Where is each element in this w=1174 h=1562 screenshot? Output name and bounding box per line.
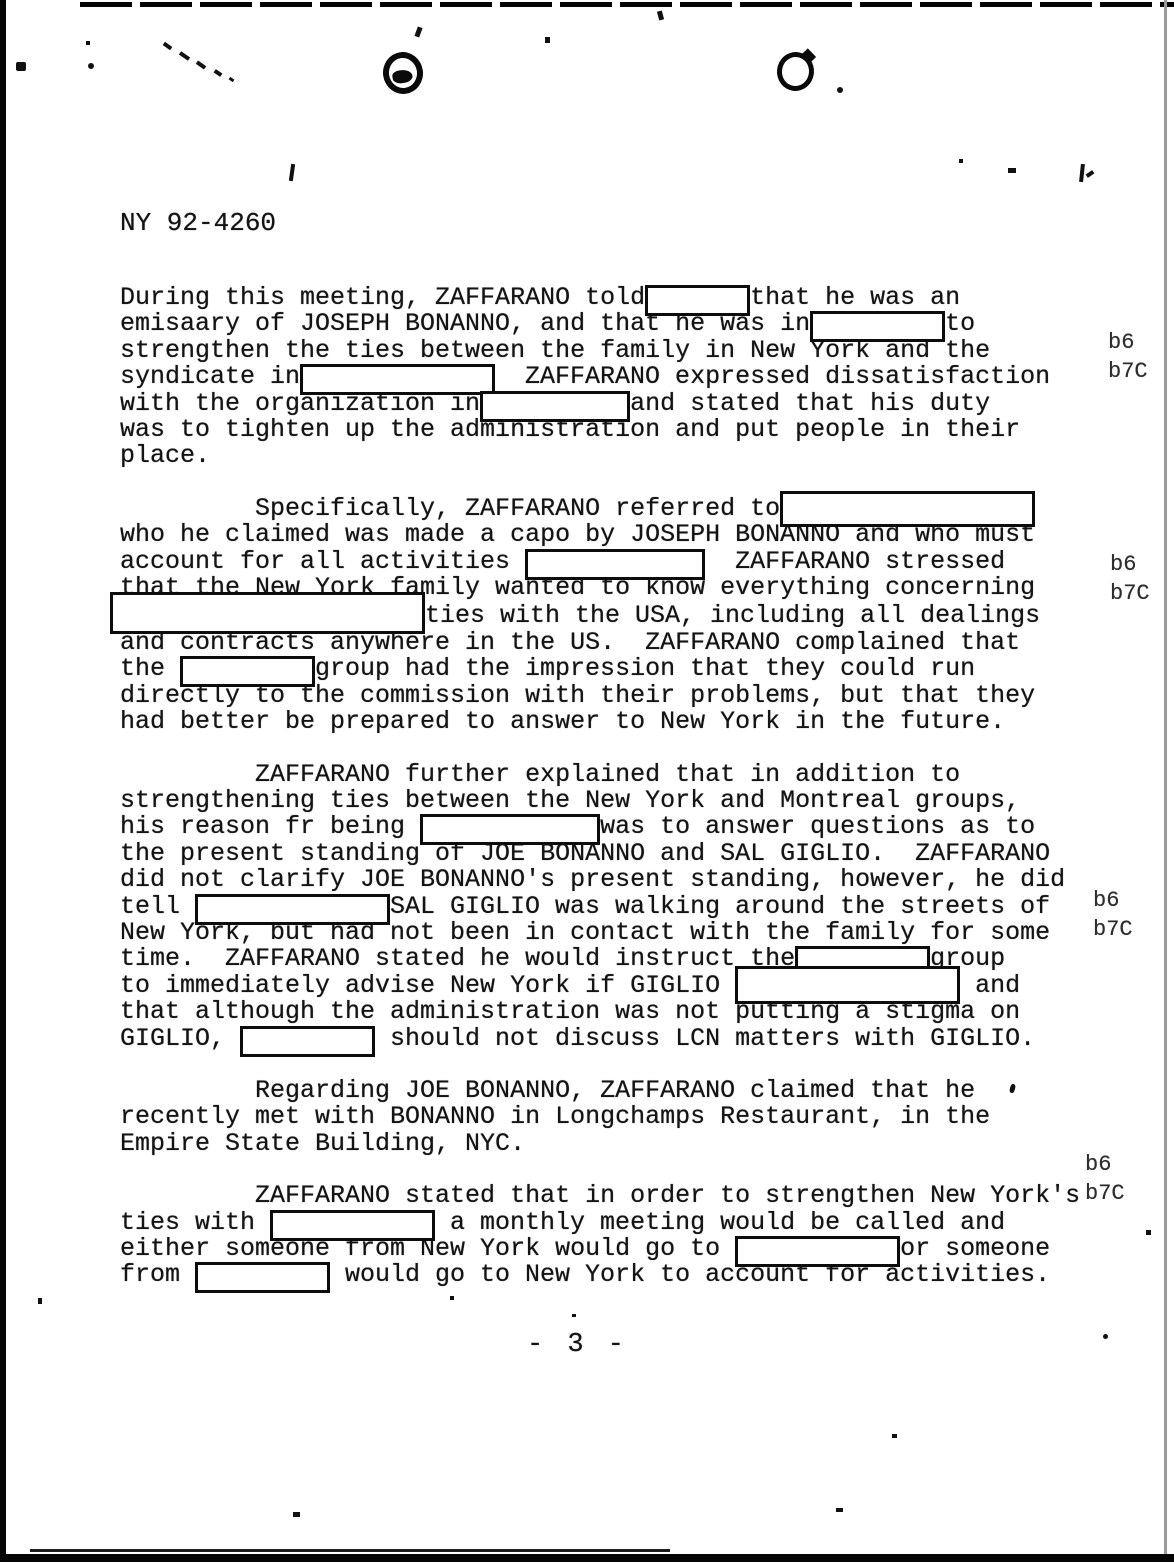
redaction-box: [110, 592, 425, 634]
text-run: SAL GIGLIO was walking around the street…: [390, 892, 1050, 921]
text-run: or someone: [900, 1234, 1050, 1263]
scan-speck: [88, 63, 94, 69]
redaction-box: [300, 364, 495, 395]
exemption-codes: b6 b7C: [1110, 550, 1150, 608]
redaction-box: [735, 966, 960, 1004]
text-line: with the organization inand stated that …: [120, 391, 1055, 417]
text-run: did not clarify JOE BONANNO's present st…: [120, 865, 1065, 894]
exemption-code-b6: b6: [1110, 550, 1150, 579]
text-run: had better be prepared to answer to New …: [120, 707, 1005, 736]
exemption-code-b6: b6: [1108, 328, 1148, 357]
redaction-box: [195, 1262, 330, 1293]
text-line: Regarding JOE BONANNO, ZAFFARANO claimed…: [120, 1078, 1055, 1104]
scan-speck: [86, 41, 90, 45]
text-line: tell SAL GIGLIO was walking around the s…: [120, 894, 1055, 920]
document-body: During this meeting, ZAFFARANO toldthat …: [120, 285, 1055, 1315]
text-line: emisaary of JOSEPH BONANNO, and that he …: [120, 311, 1055, 337]
text-line: had better be prepared to answer to New …: [120, 709, 1055, 735]
scan-speck: [572, 1314, 576, 1317]
text-run: and: [960, 971, 1020, 1000]
scan-speck: [214, 69, 223, 77]
text-line: Empire State Building, NYC.: [120, 1131, 1055, 1157]
text-run: was to answer questions as to: [600, 812, 1035, 841]
text-line: ties with a monthly meeting would be cal…: [120, 1210, 1055, 1236]
redaction-box: [525, 549, 705, 580]
scan-speck: [38, 1298, 42, 1304]
text-run: ZAFFARANO stated that in order to streng…: [120, 1181, 1080, 1210]
hole-punch-left-icon: [380, 49, 425, 96]
text-line: either someone from New York would go to…: [120, 1236, 1055, 1262]
scanned-document-page: NY 92-4260 During this meeting, ZAFFARAN…: [0, 0, 1174, 1562]
redaction-box: [645, 285, 750, 316]
redaction-box: [735, 1236, 900, 1267]
redaction-box: [420, 814, 600, 845]
text-line: strengthening ties between the New York …: [120, 788, 1055, 814]
scan-speck: [1079, 164, 1085, 182]
scan-speck: [657, 11, 664, 21]
scan-speck: [836, 1508, 843, 1512]
scan-speck: [1146, 1230, 1151, 1235]
text-line: from would go to New York to account for…: [120, 1262, 1055, 1288]
text-run: would go to New York to account for acti…: [330, 1260, 1050, 1289]
text-line: recently met with BONANNO in Longchamps …: [120, 1104, 1055, 1130]
text-line: GIGLIO, should not discuss LCN matters w…: [120, 1026, 1055, 1052]
scan-speck: [545, 37, 550, 43]
text-run: group had the impression that they could…: [315, 654, 975, 683]
exemption-code-b6: b6: [1085, 1150, 1125, 1179]
redaction-box: [780, 491, 1035, 527]
scan-speck: [229, 77, 235, 82]
redaction-box: [270, 1210, 435, 1241]
text-run: a monthly meeting would be called and: [435, 1208, 1005, 1237]
case-file-number: NY 92-4260: [120, 210, 276, 236]
text-run: account for all activities: [120, 547, 525, 576]
text-run: ties with the USA, including all dealing…: [425, 601, 1040, 630]
hole-punch-right-icon: [775, 50, 816, 93]
text-run: Regarding JOE BONANNO, ZAFFARANO claimed…: [120, 1076, 975, 1105]
text-line: did not clarify JOE BONANNO's present st…: [120, 867, 1055, 893]
redaction-box: [240, 1026, 375, 1057]
text-run: from: [120, 1260, 195, 1289]
scan-speck: [196, 60, 206, 69]
scan-speck: [1008, 168, 1016, 173]
text-line: Specifically, ZAFFARANO referred to: [120, 496, 1055, 522]
scan-speck: [892, 1434, 897, 1438]
text-run: recently met with BONANNO in Longchamps …: [120, 1102, 990, 1131]
text-line: to immediately advise New York if GIGLIO…: [120, 973, 1055, 999]
exemption-code-b7c: b7C: [1108, 357, 1148, 386]
exemption-codes: b6 b7C: [1085, 1150, 1125, 1208]
text-run: and stated that his duty: [630, 389, 990, 418]
exemption-code-b7c: b7C: [1085, 1179, 1125, 1208]
paragraph: Regarding JOE BONANNO, ZAFFARANO claimed…: [120, 1078, 1055, 1157]
text-run: During this meeting, ZAFFARANO told: [120, 283, 645, 312]
text-run: that he was an: [750, 283, 960, 312]
page-number: - 3 -: [120, 1332, 1035, 1358]
exemption-code-b7c: b7C: [1093, 915, 1133, 944]
text-run: ZAFFARANO further explained that in addi…: [120, 760, 960, 789]
exemption-codes: b6 b7C: [1093, 886, 1133, 944]
scan-edge-bottom: [0, 1554, 1174, 1562]
text-run: to immediately advise New York if GIGLIO: [120, 971, 735, 1000]
text-run: GIGLIO,: [120, 1024, 240, 1053]
text-line: syndicate in ZAFFARANO expressed dissati…: [120, 364, 1055, 390]
text-line: ZAFFARANO further explained that in addi…: [120, 762, 1055, 788]
text-run: should not discuss LCN matters with GIGL…: [375, 1024, 1035, 1053]
scan-speck: [293, 1512, 300, 1517]
scan-edge-right: [1164, 0, 1167, 1562]
text-run: to: [945, 309, 975, 338]
scan-speck: [959, 159, 963, 163]
text-line: the group had the impression that they c…: [120, 656, 1055, 682]
paragraph: Specifically, ZAFFARANO referred towho h…: [120, 496, 1055, 736]
redaction-box: [195, 894, 390, 925]
exemption-code-b6: b6: [1093, 886, 1133, 915]
scan-speck: [289, 164, 295, 181]
text-run: time. ZAFFARANO stated he would instruct…: [120, 944, 795, 973]
paragraph: ZAFFARANO stated that in order to streng…: [120, 1183, 1055, 1289]
exemption-codes: b6 b7C: [1108, 328, 1148, 386]
scan-edge-top: [80, 2, 1174, 7]
text-run: ZAFFARANO stressed: [705, 547, 1005, 576]
scan-speck: [450, 1296, 454, 1300]
redaction-box: [810, 311, 945, 342]
scan-speck: [1086, 170, 1095, 178]
text-run: ZAFFARANO expressed dissatisfaction: [495, 362, 1050, 391]
redaction-box: [480, 391, 630, 422]
scan-edge-left: [0, 0, 6, 1562]
scan-speck: [1103, 1334, 1108, 1339]
text-line: place.: [120, 443, 1055, 469]
paragraph: During this meeting, ZAFFARANO toldthat …: [120, 285, 1055, 470]
text-run: Specifically, ZAFFARANO referred to: [120, 494, 780, 523]
scan-speck: [179, 51, 190, 61]
scan-speck: [414, 26, 422, 37]
scan-speck: [163, 42, 173, 50]
text-run: strengthening ties between the New York …: [120, 786, 1020, 815]
text-run: tell: [120, 892, 195, 921]
text-line: his reason fr being was to answer questi…: [120, 814, 1055, 840]
text-run: place.: [120, 441, 210, 470]
text-run: ties with: [120, 1208, 270, 1237]
scan-edge-bottom-line: [30, 1549, 670, 1552]
text-run: the: [120, 654, 180, 683]
paragraph: ZAFFARANO further explained that in addi…: [120, 762, 1055, 1052]
text-line: ties with the USA, including all dealing…: [120, 601, 1055, 629]
text-line: ZAFFARANO stated that in order to streng…: [120, 1183, 1055, 1209]
exemption-code-b7c: b7C: [1110, 579, 1150, 608]
scan-speck: [837, 87, 843, 93]
text-line: During this meeting, ZAFFARANO toldthat …: [120, 285, 1055, 311]
scan-speck: [16, 62, 26, 71]
redaction-box: [180, 656, 315, 687]
text-run: Empire State Building, NYC.: [120, 1129, 525, 1158]
text-line: account for all activities ZAFFARANO str…: [120, 549, 1055, 575]
text-run: his reason fr being: [120, 812, 420, 841]
text-run: syndicate in: [120, 362, 300, 391]
